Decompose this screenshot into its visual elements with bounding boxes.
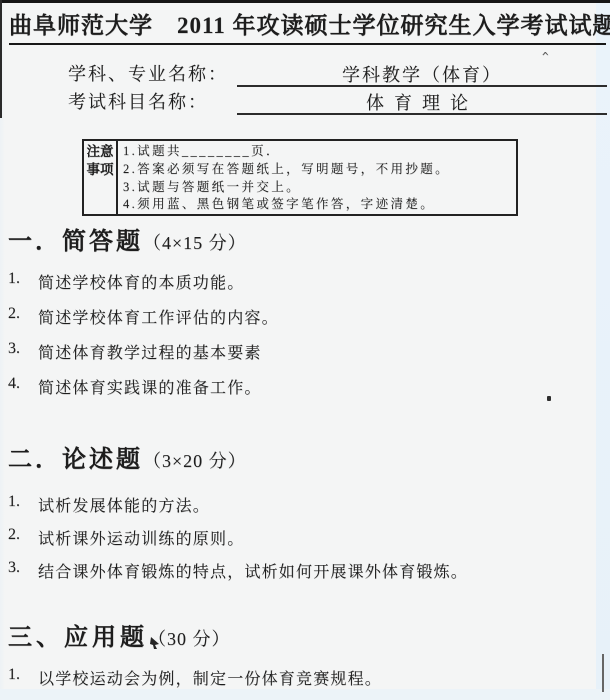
question-number: 1. [8, 270, 38, 293]
notice-items: 1.试题共________页． 2.答案必须写在答题纸上，写明题号，不用抄题。 … [118, 141, 516, 214]
section-essay: 二．论述题 （3×20 分） 1. 试析发展体能的方法。 2. 试析课外运动训练… [8, 439, 602, 474]
subject-major-value: 学科教学（体育） [237, 61, 607, 87]
section-3-score: （30 分） [148, 625, 231, 651]
question-text: 试析发展体能的方法。 [38, 493, 210, 516]
question: 1. 以学校运动会为例，制定一份体育竞赛规程。 [8, 666, 382, 689]
section-application: 三、应用题 （30 分） 1. 以学校运动会为例，制定一份体育竞赛规程。 [8, 617, 602, 652]
question-text: 结合课外体育锻炼的特点，试析如何开展课外体育锻炼。 [38, 559, 468, 582]
section-1-score: （4×15 分） [143, 229, 247, 255]
question-number: 1. [8, 493, 38, 516]
question: 2. 简述学校体育工作评估的内容。 [8, 305, 279, 328]
notice-item-3: 3.试题与答题纸一并交上。 [123, 179, 516, 197]
section-2-title: 二．论述题 [8, 439, 143, 474]
section-3-heading: 三、应用题 （30 分） [8, 617, 602, 652]
section-1-heading: 一．简答题 （4×15 分） [8, 221, 602, 256]
notice-box: 注意事项 1.试题共________页． 2.答案必须写在答题纸上，写明题号，不… [82, 139, 518, 216]
scan-tint-bottom [0, 689, 610, 700]
exam-course-label: 考试科目名称： [68, 88, 208, 114]
question: 1. 试析发展体能的方法。 [8, 493, 210, 516]
question: 3. 结合课外体育锻炼的特点，试析如何开展课外体育锻炼。 [8, 559, 468, 582]
subject-major-label: 学科、专业名称： [68, 60, 228, 86]
scan-edge-line-top [0, 0, 610, 3]
question-text: 简述学校体育工作评估的内容。 [38, 305, 279, 328]
question: 4. 简述体育实践课的准备工作。 [8, 375, 262, 398]
question-text: 以学校运动会为例，制定一份体育竞赛规程。 [38, 666, 382, 689]
question-text: 简述体育实践课的准备工作。 [38, 375, 262, 398]
question: 2. 试析课外运动训练的原则。 [8, 526, 244, 549]
question-number: 3. [8, 340, 38, 363]
notice-item-4: 4.须用蓝、黑色钢笔或签字笔作答，字迹清楚。 [123, 196, 516, 214]
question: 1. 简述学校体育的本质功能。 [8, 270, 244, 293]
question-number: 3. [8, 559, 38, 582]
question-text: 简述学校体育的本质功能。 [38, 270, 244, 293]
notice-side-label: 注意事项 [84, 141, 118, 214]
section-2-heading: 二．论述题 （3×20 分） [8, 439, 602, 474]
question-text: 试析课外运动训练的原则。 [38, 526, 244, 549]
question-text: 简述体育教学过程的基本要素 [38, 340, 262, 363]
section-3-title: 三、应用题 [8, 617, 148, 652]
question-number: 1. [8, 666, 38, 689]
section-1-title: 一．简答题 [8, 221, 143, 256]
exam-paper-scan: ^ 曲阜师范大学 2011 年攻读硕士学位研究生入学考试试题 学科、专业名称： … [0, 0, 610, 700]
notice-item-2: 2.答案必须写在答题纸上，写明题号，不用抄题。 [123, 161, 516, 179]
scan-artifact-right-line [602, 654, 604, 692]
scan-artifact-dot [547, 396, 551, 401]
scan-edge-line-left [0, 0, 2, 118]
question-number: 2. [8, 526, 38, 549]
question-number: 4. [8, 375, 38, 398]
question: 3. 简述体育教学过程的基本要素 [8, 340, 262, 363]
page-title: 曲阜师范大学 2011 年攻读硕士学位研究生入学考试试题 [9, 7, 606, 45]
question-number: 2. [8, 305, 38, 328]
section-2-score: （3×20 分） [143, 447, 247, 473]
notice-item-1: 1.试题共________页． [123, 143, 516, 161]
section-short-answer: 一．简答题 （4×15 分） 1. 简述学校体育的本质功能。 2. 简述学校体育… [8, 221, 602, 256]
exam-course-value: 体育理论 [237, 89, 607, 115]
